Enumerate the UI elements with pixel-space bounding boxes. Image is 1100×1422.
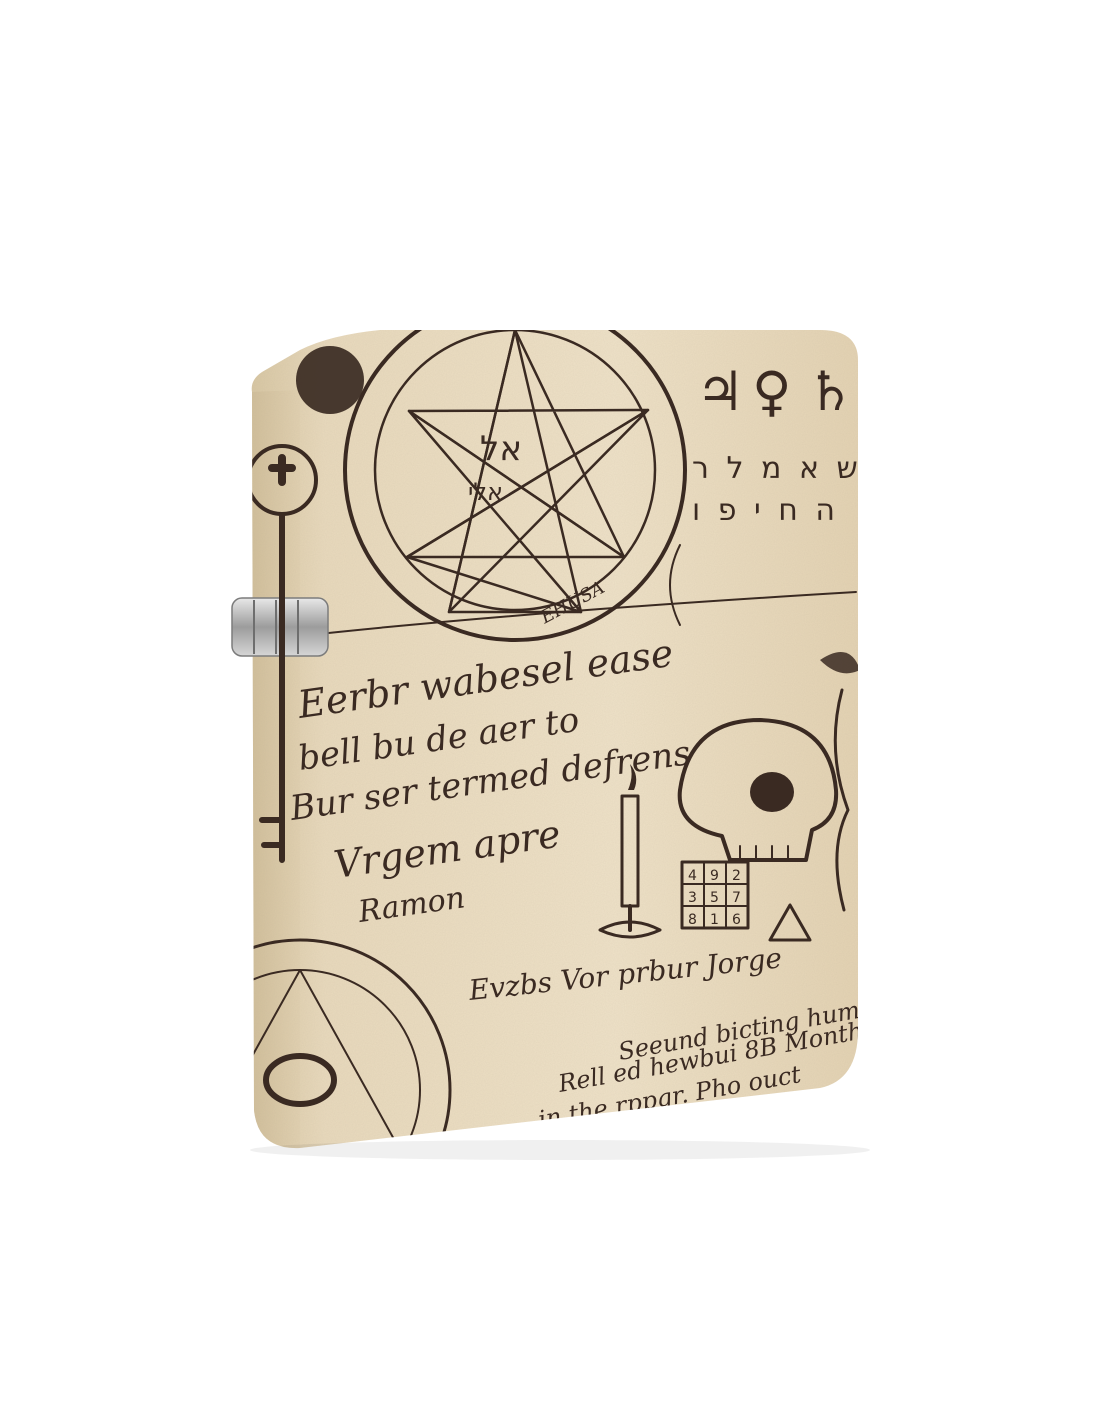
- lighter-illustration: אל אלי EHUSA ♃ ♀ ♄ ש א מ ל ר ה ח י פ ו E…: [0, 0, 1100, 1422]
- svg-text:♃: ♃: [696, 360, 744, 423]
- svg-text:4: 4: [688, 868, 697, 884]
- svg-text:♄: ♄: [806, 360, 854, 423]
- svg-text:5: 5: [710, 890, 719, 906]
- svg-text:ש א מ ל ר: ש א מ ל ר: [692, 451, 862, 486]
- svg-text:7: 7: [732, 890, 741, 906]
- svg-text:ה ח י פ ו: ה ח י פ ו: [692, 493, 839, 528]
- ink-blot: [296, 346, 364, 414]
- magic-square: 4 9 2 3 5 7 8 1 6: [682, 862, 748, 928]
- svg-text:9: 9: [710, 868, 719, 884]
- svg-text:2: 2: [732, 868, 741, 884]
- svg-text:6: 6: [732, 912, 741, 928]
- product-photo: אל אלי EHUSA ♃ ♀ ♄ ש א מ ל ר ה ח י פ ו E…: [0, 0, 1100, 1422]
- svg-text:3: 3: [688, 890, 697, 906]
- svg-text:אל: אל: [480, 429, 522, 469]
- svg-text:1: 1: [710, 912, 719, 928]
- planet-symbols: ♃ ♀ ♄: [696, 360, 854, 423]
- svg-text:אלי: אלי: [468, 478, 503, 506]
- svg-text:♀: ♀: [752, 360, 792, 423]
- svg-text:8: 8: [688, 912, 697, 928]
- shadow: [250, 1140, 870, 1160]
